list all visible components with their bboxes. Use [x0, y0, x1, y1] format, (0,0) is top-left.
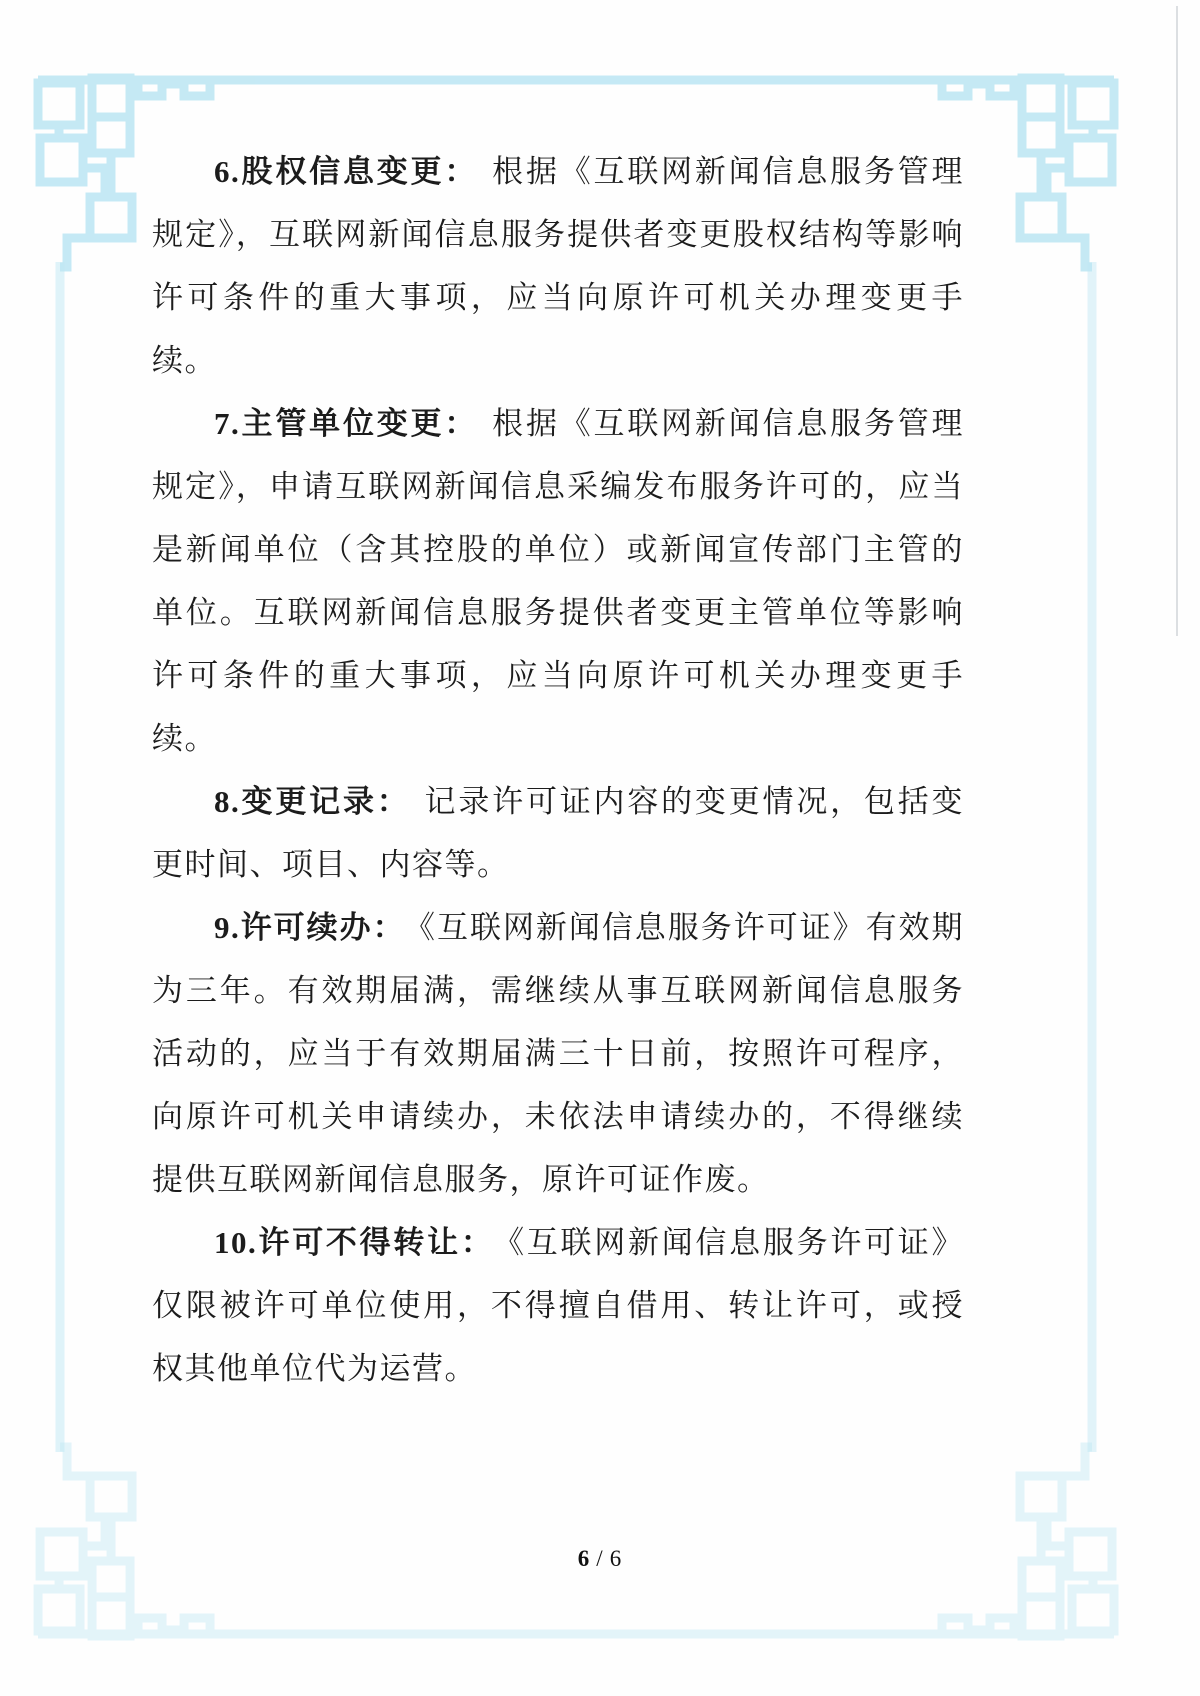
paragraph-4-text: 《互联网新闻信息服务许可证》有效期为三年。有效期届满，需继续从事互联网新闻信息服…	[152, 910, 964, 1197]
scan-artifact-line	[1176, 6, 1178, 636]
paragraph-1: 6.股权信息变更：根据《互联网新闻信息服务管理规定》，互联网新闻信息服务提供者变…	[152, 140, 964, 392]
document-page: 6.股权信息变更：根据《互联网新闻信息服务管理规定》，互联网新闻信息服务提供者变…	[0, 0, 1200, 1696]
document-body: 6.股权信息变更：根据《互联网新闻信息服务管理规定》，互联网新闻信息服务提供者变…	[152, 140, 964, 1400]
paragraph-2: 7.主管单位变更：根据《互联网新闻信息服务管理规定》，申请互联网新闻信息采编发布…	[152, 392, 964, 770]
border-corner-bottom-right	[942, 1447, 1114, 1636]
border-corner-bottom-left	[38, 1447, 210, 1636]
paragraph-5: 10.许可不得转让：《互联网新闻信息服务许可证》仅限被许可单位使用，不得擅自借用…	[152, 1211, 964, 1400]
border-corner-top-right	[942, 78, 1114, 267]
paragraph-3-label: 8.变更记录：	[214, 784, 411, 819]
paragraph-2-label: 7.主管单位变更：	[214, 406, 478, 441]
page-number-current: 6	[578, 1546, 591, 1571]
paragraph-1-label: 6.股权信息变更：	[214, 154, 478, 189]
paragraph-2-text: 根据《互联网新闻信息服务管理规定》，申请互联网新闻信息采编发布服务许可的，应当是…	[152, 406, 964, 756]
page-number: 6/6	[0, 1546, 1200, 1572]
page-number-separator: /	[596, 1546, 603, 1571]
paragraph-4-label: 9.许可续办：	[214, 910, 406, 945]
paragraph-4: 9.许可续办：《互联网新闻信息服务许可证》有效期为三年。有效期届满，需继续从事互…	[152, 896, 964, 1211]
page-number-total: 6	[610, 1546, 623, 1571]
paragraph-5-label: 10.许可不得转让：	[214, 1225, 495, 1260]
paragraph-3: 8.变更记录：记录许可证内容的变更情况，包括变更时间、项目、内容等。	[152, 770, 964, 896]
